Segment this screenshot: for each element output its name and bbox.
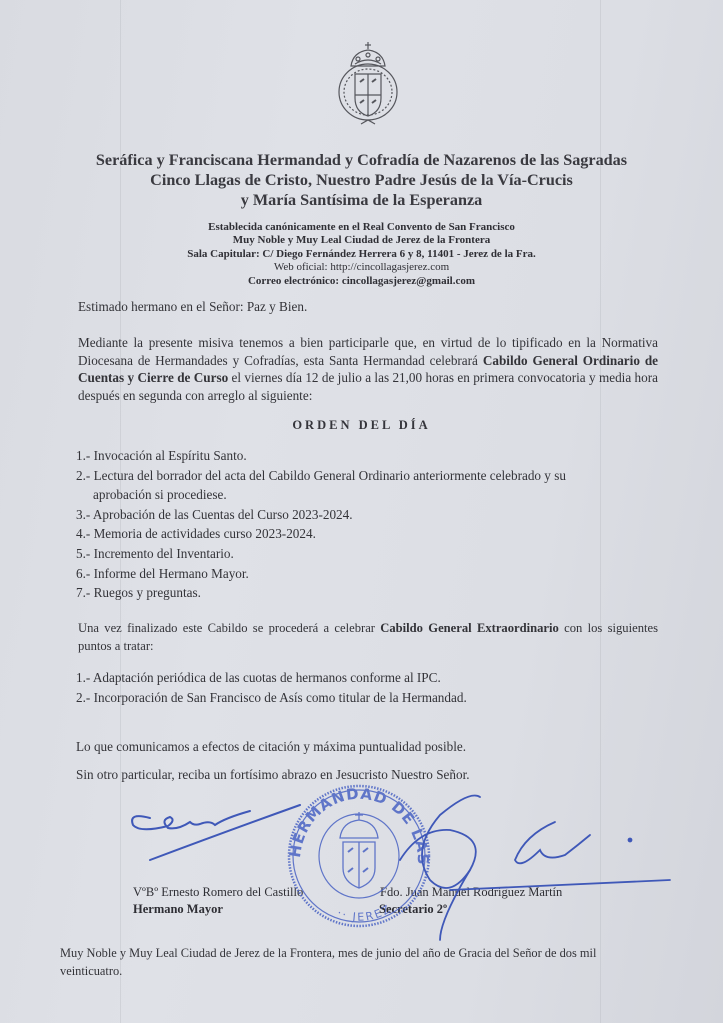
agenda-item: 2.- Lectura del borrador del acta del Ca…: [76, 466, 656, 486]
extraordinary-chapter-title: Cabildo General Extraordinario: [380, 621, 559, 635]
extraordinary-paragraph: Una vez finalizado este Cabildo se proce…: [78, 620, 658, 655]
email-link[interactable]: cincollagasjerez@gmail.com: [342, 275, 475, 287]
agenda-item: 6.- Informe del Hermano Mayor.: [76, 564, 656, 584]
signature-block-president: VºBº Ernesto Romero del Castillo Hermano…: [133, 884, 303, 918]
letter-page: Seráfica y Franciscana Hermandad y Cofra…: [0, 0, 723, 1023]
email-line: Correo electrónico: cincollagasjerez@gma…: [0, 275, 723, 288]
president-role: Hermano Mayor: [133, 901, 303, 918]
agenda-item: 3.- Aprobación de las Cuentas del Curso …: [76, 505, 656, 525]
president-name: VºBº Ernesto Romero del Castillo: [133, 884, 303, 901]
signature-president: [132, 805, 300, 860]
agenda-list: 1.- Invocación al Espíritu Santo. 2.- Le…: [76, 446, 656, 603]
established-line: Establecida canónicamente en el Real Con…: [0, 221, 723, 234]
title-line: Seráfica y Franciscana Hermandad y Cofra…: [0, 150, 723, 170]
extraordinary-points: 1.- Adaptación periódica de las cuotas d…: [76, 668, 656, 707]
address-line: Sala Capitular: C/ Diego Fernández Herre…: [0, 248, 723, 261]
closing-farewell: Sin otro particular, reciba un fortísimo…: [76, 766, 656, 784]
closing-citation: Lo que comunicamos a efectos de citación…: [76, 738, 656, 756]
secretary-name: Fdo. Juan Manuel Rodríguez Martín: [380, 884, 562, 901]
coat-of-arms-icon: [333, 40, 403, 130]
intro-paragraph: Mediante la presente misiva tenemos a bi…: [78, 334, 658, 404]
web-link[interactable]: http://cincollagasjerez.com: [330, 261, 449, 273]
secretary-role: Secretario 2º: [379, 901, 562, 918]
extraordinary-item: 1.- Adaptación periódica de las cuotas d…: [76, 668, 656, 688]
agenda-item: 1.- Invocación al Espíritu Santo.: [76, 446, 656, 466]
signature-block-secretary: Fdo. Juan Manuel Rodríguez Martín Secret…: [380, 884, 562, 918]
signature-secretary: [400, 795, 670, 940]
city-line: Muy Noble y Muy Leal Ciudad de Jerez de …: [0, 234, 723, 247]
brotherhood-name: Seráfica y Franciscana Hermandad y Cofra…: [0, 150, 723, 210]
title-line: Cinco Llagas de Cristo, Nuestro Padre Je…: [0, 170, 723, 190]
agenda-item: 7.- Ruegos y preguntas.: [76, 583, 656, 603]
agenda-item: 5.- Incremento del Inventario.: [76, 544, 656, 564]
title-line: y María Santísima de la Esperanza: [0, 190, 723, 210]
place-and-date: Muy Noble y Muy Leal Ciudad de Jerez de …: [60, 944, 660, 980]
greeting: Estimado hermano en el Señor: Paz y Bien…: [78, 298, 658, 316]
letterhead-info: Establecida canónicamente en el Real Con…: [0, 221, 723, 288]
web-line: Web oficial: http://cincollagasjerez.com: [0, 261, 723, 274]
agenda-item-continuation: aprobación si procediese.: [76, 485, 656, 505]
extraordinary-item: 2.- Incorporación de San Francisco de As…: [76, 688, 656, 708]
agenda-heading: ORDEN DEL DÍA: [0, 418, 723, 433]
agenda-item: 4.- Memoria de actividades curso 2023-20…: [76, 524, 656, 544]
